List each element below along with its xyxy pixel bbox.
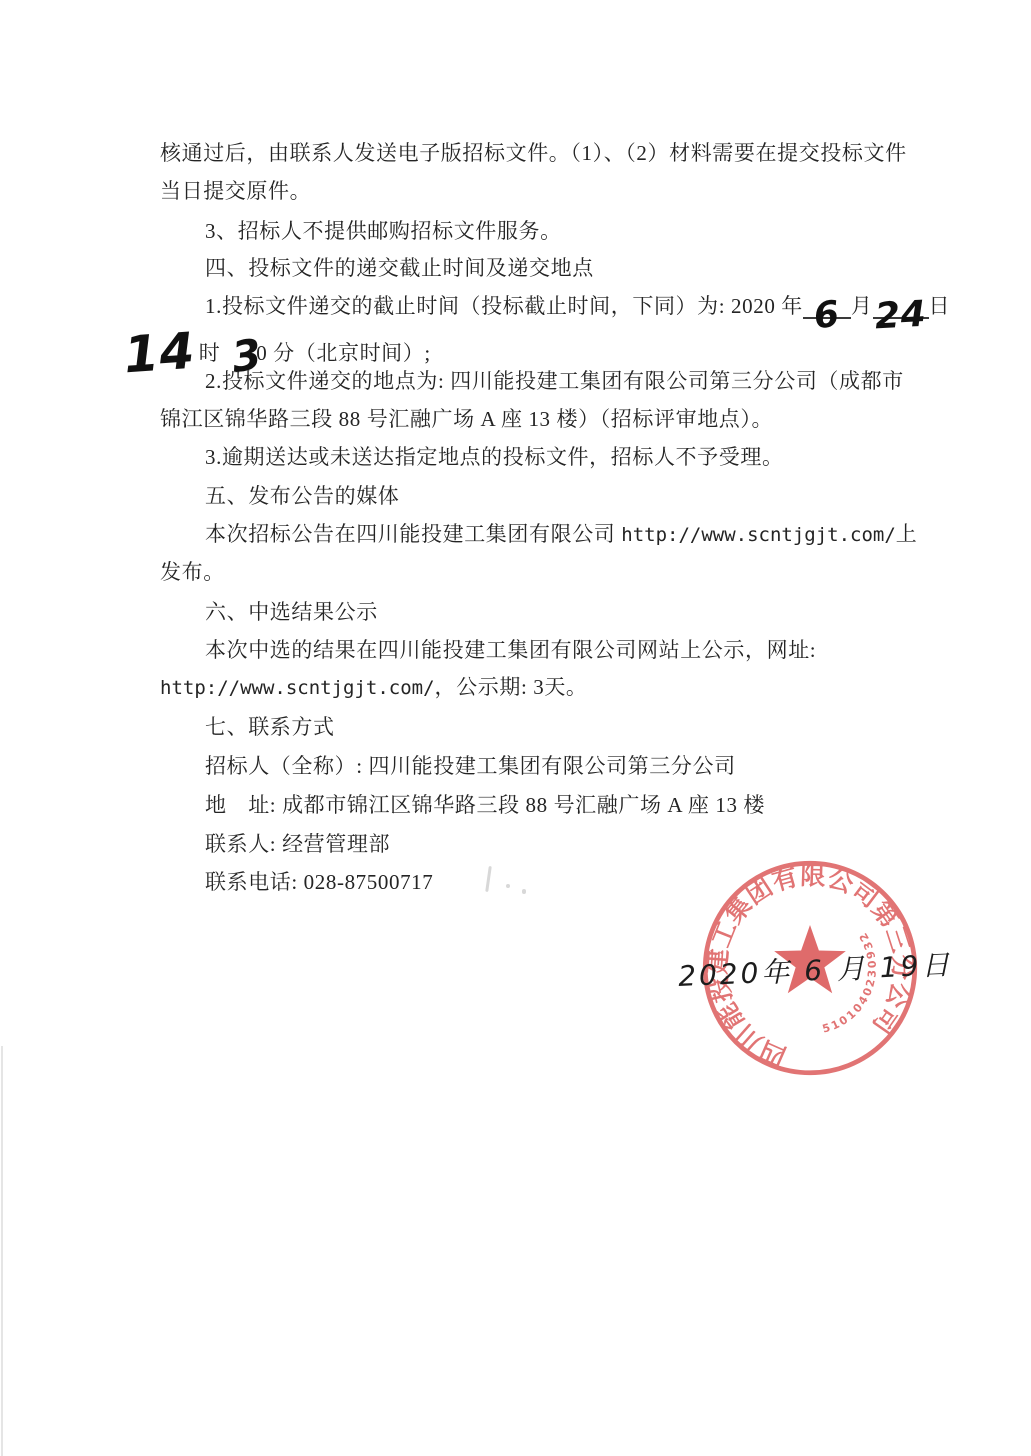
scan-speckle — [522, 889, 526, 894]
delivery-place-line-1: 2.投标文件递交的地点为: 四川能投建工集团有限公司第三分公司（成都市 — [205, 366, 904, 396]
contact-person-line: 联系人: 经营管理部 — [205, 829, 390, 859]
contact-phone-line: 联系电话: 028-87500717 — [205, 867, 433, 897]
month-label: 月 — [851, 294, 873, 318]
scan-edge-artifact — [1, 1046, 3, 1456]
section-6-heading: 六、中选结果公示 — [205, 597, 378, 627]
section-7-heading: 七、联系方式 — [205, 712, 335, 742]
announcement-media-text: 本次招标公告在四川能投建工集团有限公司 — [205, 522, 621, 546]
announcement-media-suffix: 上 — [896, 522, 918, 546]
handwritten-month: 6 — [812, 297, 841, 335]
scanned-document-page: 核通过后，由联系人发送电子版招标文件。（1）、（2）材料需要在提交投标文件 当日… — [0, 0, 1031, 1456]
announcement-url: http://www.scntjgjt.com/ — [621, 524, 896, 546]
minute-text: 0 分（北京时间）; — [256, 341, 431, 365]
deadline-time-text: 1.投标文件递交的截止时间（投标截止时间，下同）为: 2020 年 — [205, 294, 803, 318]
result-url: http://www.scntjgjt.com/ — [160, 677, 435, 699]
result-publicity-line-2: http://www.scntjgjt.com/，公示期: 3天。 — [160, 672, 588, 703]
month-blank: 6 — [803, 291, 851, 319]
body-line-2: 当日提交原件。 — [160, 176, 311, 206]
day-label: 日 — [929, 294, 951, 318]
section-4-heading: 四、投标文件的递交截止时间及递交地点 — [205, 253, 594, 283]
item-3-no-mail-order: 3、招标人不提供邮购招标文件服务。 — [205, 216, 562, 246]
day-blank: 24 — [873, 291, 929, 319]
hour-label: 时 — [199, 341, 221, 365]
scan-speckle — [506, 884, 510, 888]
delivery-place-line-2: 锦江区锦华路三段 88 号汇融广场 A 座 13 楼）（招标评审地点）。 — [160, 404, 773, 434]
result-publicity-suffix: ，公示期: 3天。 — [435, 675, 588, 699]
tenderer-name-line: 招标人（全称）: 四川能投建工集团有限公司第三分公司 — [205, 751, 736, 781]
handwritten-hour: 14 — [122, 326, 196, 381]
result-publicity-line-1: 本次中选的结果在四川能投建工集团有限公司网站上公示，网址: — [205, 635, 816, 665]
address-line: 地 址: 成都市锦江区锦华路三段 88 号汇融广场 A 座 13 楼 — [205, 790, 765, 820]
announcement-media-line-2: 发布。 — [160, 557, 225, 587]
section-5-heading: 五、发布公告的媒体 — [205, 481, 399, 511]
deadline-time-line: 1.投标文件递交的截止时间（投标截止时间，下同）为: 2020 年6月24日 — [205, 291, 950, 321]
announcement-media-line: 本次招标公告在四川能投建工集团有限公司 http://www.scntjgjt.… — [205, 519, 917, 550]
late-delivery-line: 3.逾期送达或未送达指定地点的投标文件，招标人不予受理。 — [205, 442, 784, 472]
body-line-1: 核通过后，由联系人发送电子版招标文件。（1）、（2）材料需要在提交投标文件 — [160, 138, 907, 168]
scan-speckle — [485, 866, 492, 892]
handwritten-day: 24 — [874, 297, 927, 336]
